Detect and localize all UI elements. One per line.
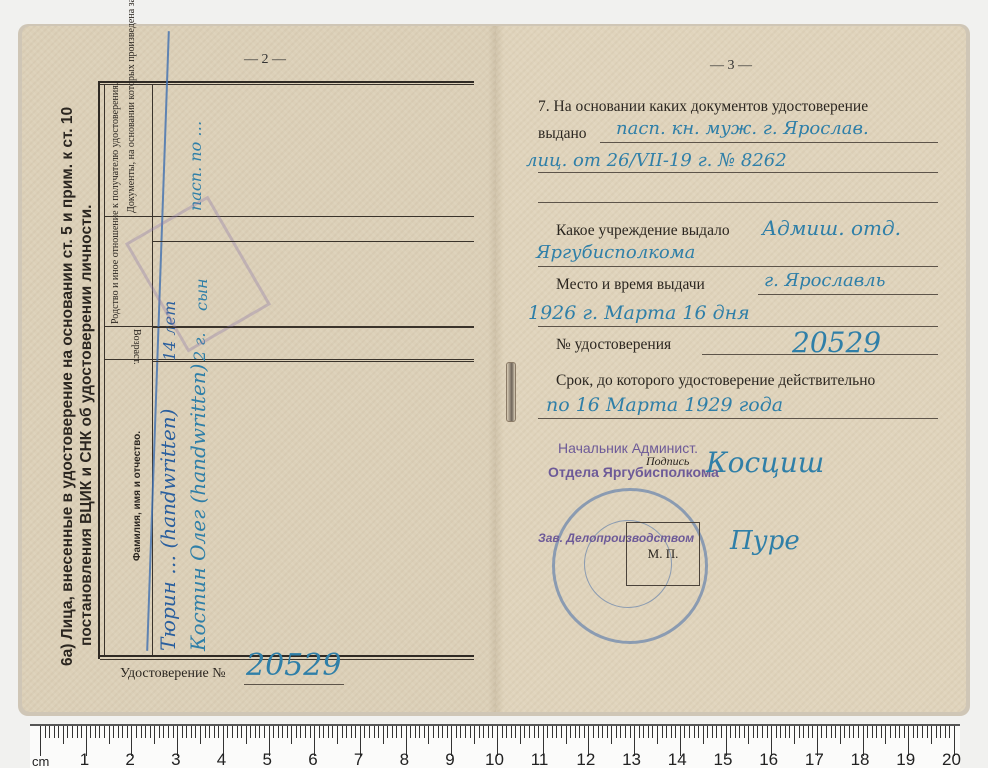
- place-time-value-2: 1926 г. Марта 16 дня: [528, 302, 750, 324]
- seal-place-box: М. П.: [626, 522, 700, 586]
- ruler-label: 1: [80, 750, 89, 768]
- validity-value: по 16 Марта 1929 года: [546, 394, 783, 416]
- issued-value-2: лиц. от 26/VII-19 г. № 8262: [526, 150, 787, 171]
- row2-name: Костин Олег (handwritten): [186, 364, 210, 652]
- ruler-label: 11: [531, 750, 549, 768]
- staple: [506, 362, 516, 422]
- ruler-label: 18: [851, 750, 870, 768]
- persons-table: Документы, на основании которых произвед…: [98, 81, 474, 659]
- section-title-6a: 6а) Лица, внесенные в удостоверение на о…: [58, 107, 96, 666]
- institution-value-2: Яргубисполкома: [536, 242, 695, 263]
- spine: [488, 26, 504, 712]
- left-page: — 2 — 6а) Лица, внесенные в удостоверени…: [22, 26, 496, 712]
- ruler-label: 6: [308, 750, 317, 768]
- signature-1: Косциш: [706, 446, 824, 479]
- validity-label: Срок, до которого удостоверение действит…: [556, 372, 875, 390]
- column-header-age: Возраст.: [130, 329, 142, 359]
- ruler-unit-label: cm: [32, 754, 49, 768]
- page-number-right: — 3 —: [710, 58, 752, 74]
- column-header-relation: Родство и иное отношение к получателю уд…: [110, 218, 122, 324]
- ruler-label: 19: [896, 750, 915, 768]
- header-documents-label: Документы, на основании которых произвед…: [126, 0, 137, 213]
- booklet: — 2 — 6а) Лица, внесенные в удостоверени…: [22, 26, 966, 714]
- ruler-label: 14: [668, 750, 687, 768]
- ruler-label: 2: [125, 750, 134, 768]
- ruler-label: 3: [171, 750, 180, 768]
- cert-no-label: № удостоверения: [556, 336, 671, 354]
- issued-label: выдано: [538, 125, 587, 143]
- ruler-label: 8: [400, 750, 409, 768]
- stamp-department: Отдела Яргубисполкома: [548, 464, 719, 480]
- certificate-number-handwritten: 20529: [246, 648, 341, 683]
- signature-caption: Подпись: [646, 454, 689, 469]
- row1-name: Тюрин … (handwritten): [156, 409, 180, 651]
- right-page: — 3 — 7. На основании каких документов у…: [496, 26, 966, 712]
- ruler-label: 13: [622, 750, 641, 768]
- institution-label: Какое учреждение выдало: [556, 222, 730, 240]
- column-header-name: Фамилия, имя и отчество.: [132, 371, 144, 621]
- place-time-value-1: г. Ярославль: [764, 270, 885, 291]
- signature-2: Пуре: [730, 526, 800, 556]
- place-time-label: Место и время выдачи: [556, 276, 705, 294]
- header-age-label: Возраст.: [131, 329, 142, 365]
- institution-value-1: Адмиш. отд.: [762, 216, 901, 240]
- issued-value-1: пасп. кн. муж. г. Ярослав.: [616, 118, 869, 139]
- q7-label: 7. На основании каких документов удостов…: [538, 98, 868, 116]
- ruler-label: 5: [263, 750, 272, 768]
- ruler-label: 15: [714, 750, 733, 768]
- ruler-label: 7: [354, 750, 363, 768]
- page-number-left: — 2 —: [244, 52, 286, 68]
- section-title-line1: 6а) Лица, внесенные в удостоверение на о…: [58, 107, 77, 666]
- certificate-label: Удостоверение №: [120, 666, 226, 682]
- header-relation-label: Родство и иное отношение к получателю уд…: [110, 83, 121, 324]
- cert-no-value: 20529: [792, 326, 881, 359]
- ruler-label: 10: [485, 750, 504, 768]
- ruler-label: 16: [759, 750, 778, 768]
- ruler-label: 4: [217, 750, 226, 768]
- ruler-label: 20: [942, 750, 961, 768]
- ruler-label: 9: [445, 750, 454, 768]
- ruler: cm 1234567891011121314151617181920: [30, 724, 960, 768]
- header-name-label: Фамилия, имя и отчество.: [132, 431, 143, 561]
- faded-stamp: [125, 195, 271, 352]
- column-header-documents: Документы, на основании которых произвед…: [126, 85, 138, 213]
- ruler-label: 12: [576, 750, 595, 768]
- ruler-label: 17: [805, 750, 824, 768]
- section-title-line2: постановления ВЦИК и СНК об удостоверени…: [77, 107, 96, 666]
